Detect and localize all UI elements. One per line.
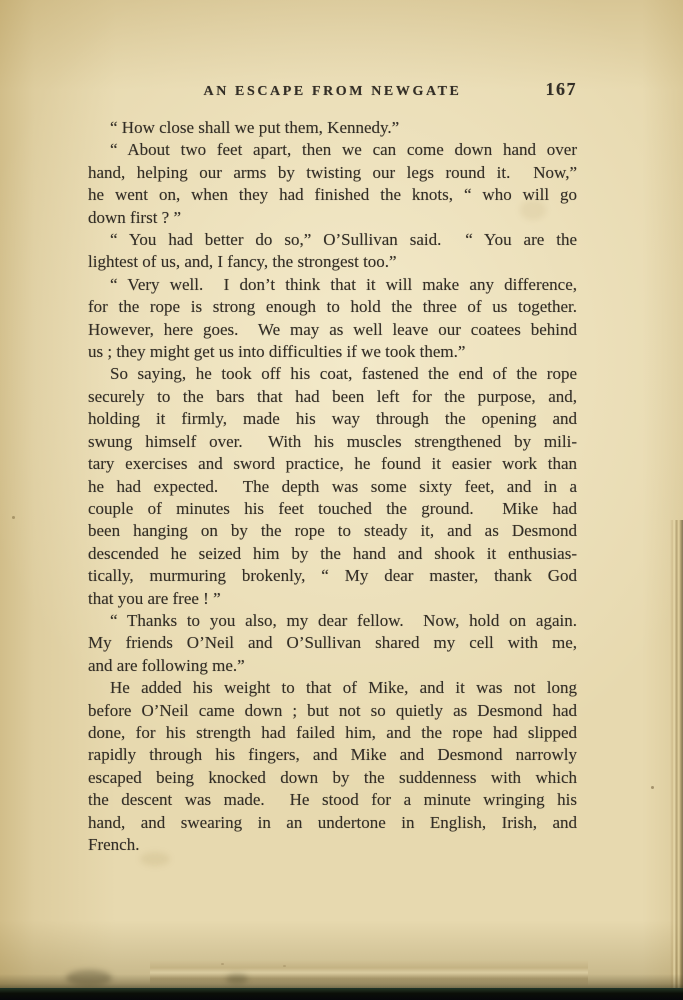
text-line: down first ? ” <box>88 207 577 229</box>
paragraph: “ Thanks to you also, my dear fellow. No… <box>88 610 577 677</box>
text-line: My friends O’Neil and O’Sullivan shared … <box>88 632 577 654</box>
text-line: “ How close shall we put them, Kennedy.” <box>88 117 577 139</box>
paper-smudge <box>66 970 112 986</box>
paper-smudge <box>226 974 248 984</box>
text-line: He added his weight to that of Mike, and… <box>88 677 577 699</box>
text-line: that you are free ! ” <box>88 588 577 610</box>
text-line: he went on, when they had finished the k… <box>88 184 577 206</box>
text-line: been hanging on by the rope to steady it… <box>88 520 577 542</box>
text-line: and are following me.” <box>88 655 577 677</box>
text-line: hand, helping our arms by twisting our l… <box>88 162 577 184</box>
paragraph: “ How close shall we put them, Kennedy.” <box>88 117 577 139</box>
text-line: lightest of us, and, I fancy, the strong… <box>88 251 577 273</box>
text-line: he had expected. The depth was some sixt… <box>88 476 577 498</box>
text-line: “ You had better do so,” O’Sullivan said… <box>88 229 577 251</box>
text-line: “ About two feet apart, then we can come… <box>88 139 577 161</box>
text-line: escaped being knocked down by the sudden… <box>88 767 577 789</box>
text-line: rapidly through his fingers, and Mike an… <box>88 744 577 766</box>
page-number: 167 <box>546 79 578 100</box>
text-line: holding it firmly, made his way through … <box>88 408 577 430</box>
book-cover-strip <box>0 988 683 1000</box>
text-line: descended he seized him by the hand and … <box>88 543 577 565</box>
paragraph: “ You had better do so,” O’Sullivan said… <box>88 229 577 274</box>
text-line: However, here goes. We may as well leave… <box>88 319 577 341</box>
text-line: “ Thanks to you also, my dear fellow. No… <box>88 610 577 632</box>
paper-stain <box>140 852 170 866</box>
text-line: before O’Neil came down ; but not so qui… <box>88 700 577 722</box>
text-line: securely to the bars that had been left … <box>88 386 577 408</box>
text-line: tically, murmuring brokenly, “ My dear m… <box>88 565 577 587</box>
text-line: hand, and swearing in an undertone in En… <box>88 812 577 834</box>
page-header: AN ESCAPE FROM NEWGATE 167 <box>88 82 577 104</box>
text-line: the descent was made. He stood for a min… <box>88 789 577 811</box>
paper-stain <box>520 200 546 220</box>
text-line: us ; they might get us into difficulties… <box>88 341 577 363</box>
text-line: couple of minutes his feet touched the g… <box>88 498 577 520</box>
text-line: So saying, he took off his coat, fastene… <box>88 363 577 385</box>
body-text: “ How close shall we put them, Kennedy.”… <box>88 117 577 856</box>
text-line: swung himself over. With his muscles str… <box>88 431 577 453</box>
paper-speck <box>12 516 15 519</box>
text-line: tary exercises and sword practice, he fo… <box>88 453 577 475</box>
running-title: AN ESCAPE FROM NEWGATE <box>88 84 577 100</box>
text-line: done, for his strength had failed him, a… <box>88 722 577 744</box>
paper-speck <box>283 965 286 967</box>
paper-speck <box>221 963 224 965</box>
text-line: for the rope is strong enough to hold th… <box>88 296 577 318</box>
text-line: “ Very well. I don’t think that it will … <box>88 274 577 296</box>
paragraph: He added his weight to that of Mike, and… <box>88 677 577 856</box>
stacked-page-edges-right <box>670 520 683 990</box>
paragraph: So saying, he took off his coat, fastene… <box>88 363 577 609</box>
paper-speck <box>651 786 654 789</box>
paragraph: “ About two feet apart, then we can come… <box>88 139 577 229</box>
book-page-scan: AN ESCAPE FROM NEWGATE 167 “ How close s… <box>0 0 683 1000</box>
paragraph: “ Very well. I don’t think that it will … <box>88 274 577 364</box>
